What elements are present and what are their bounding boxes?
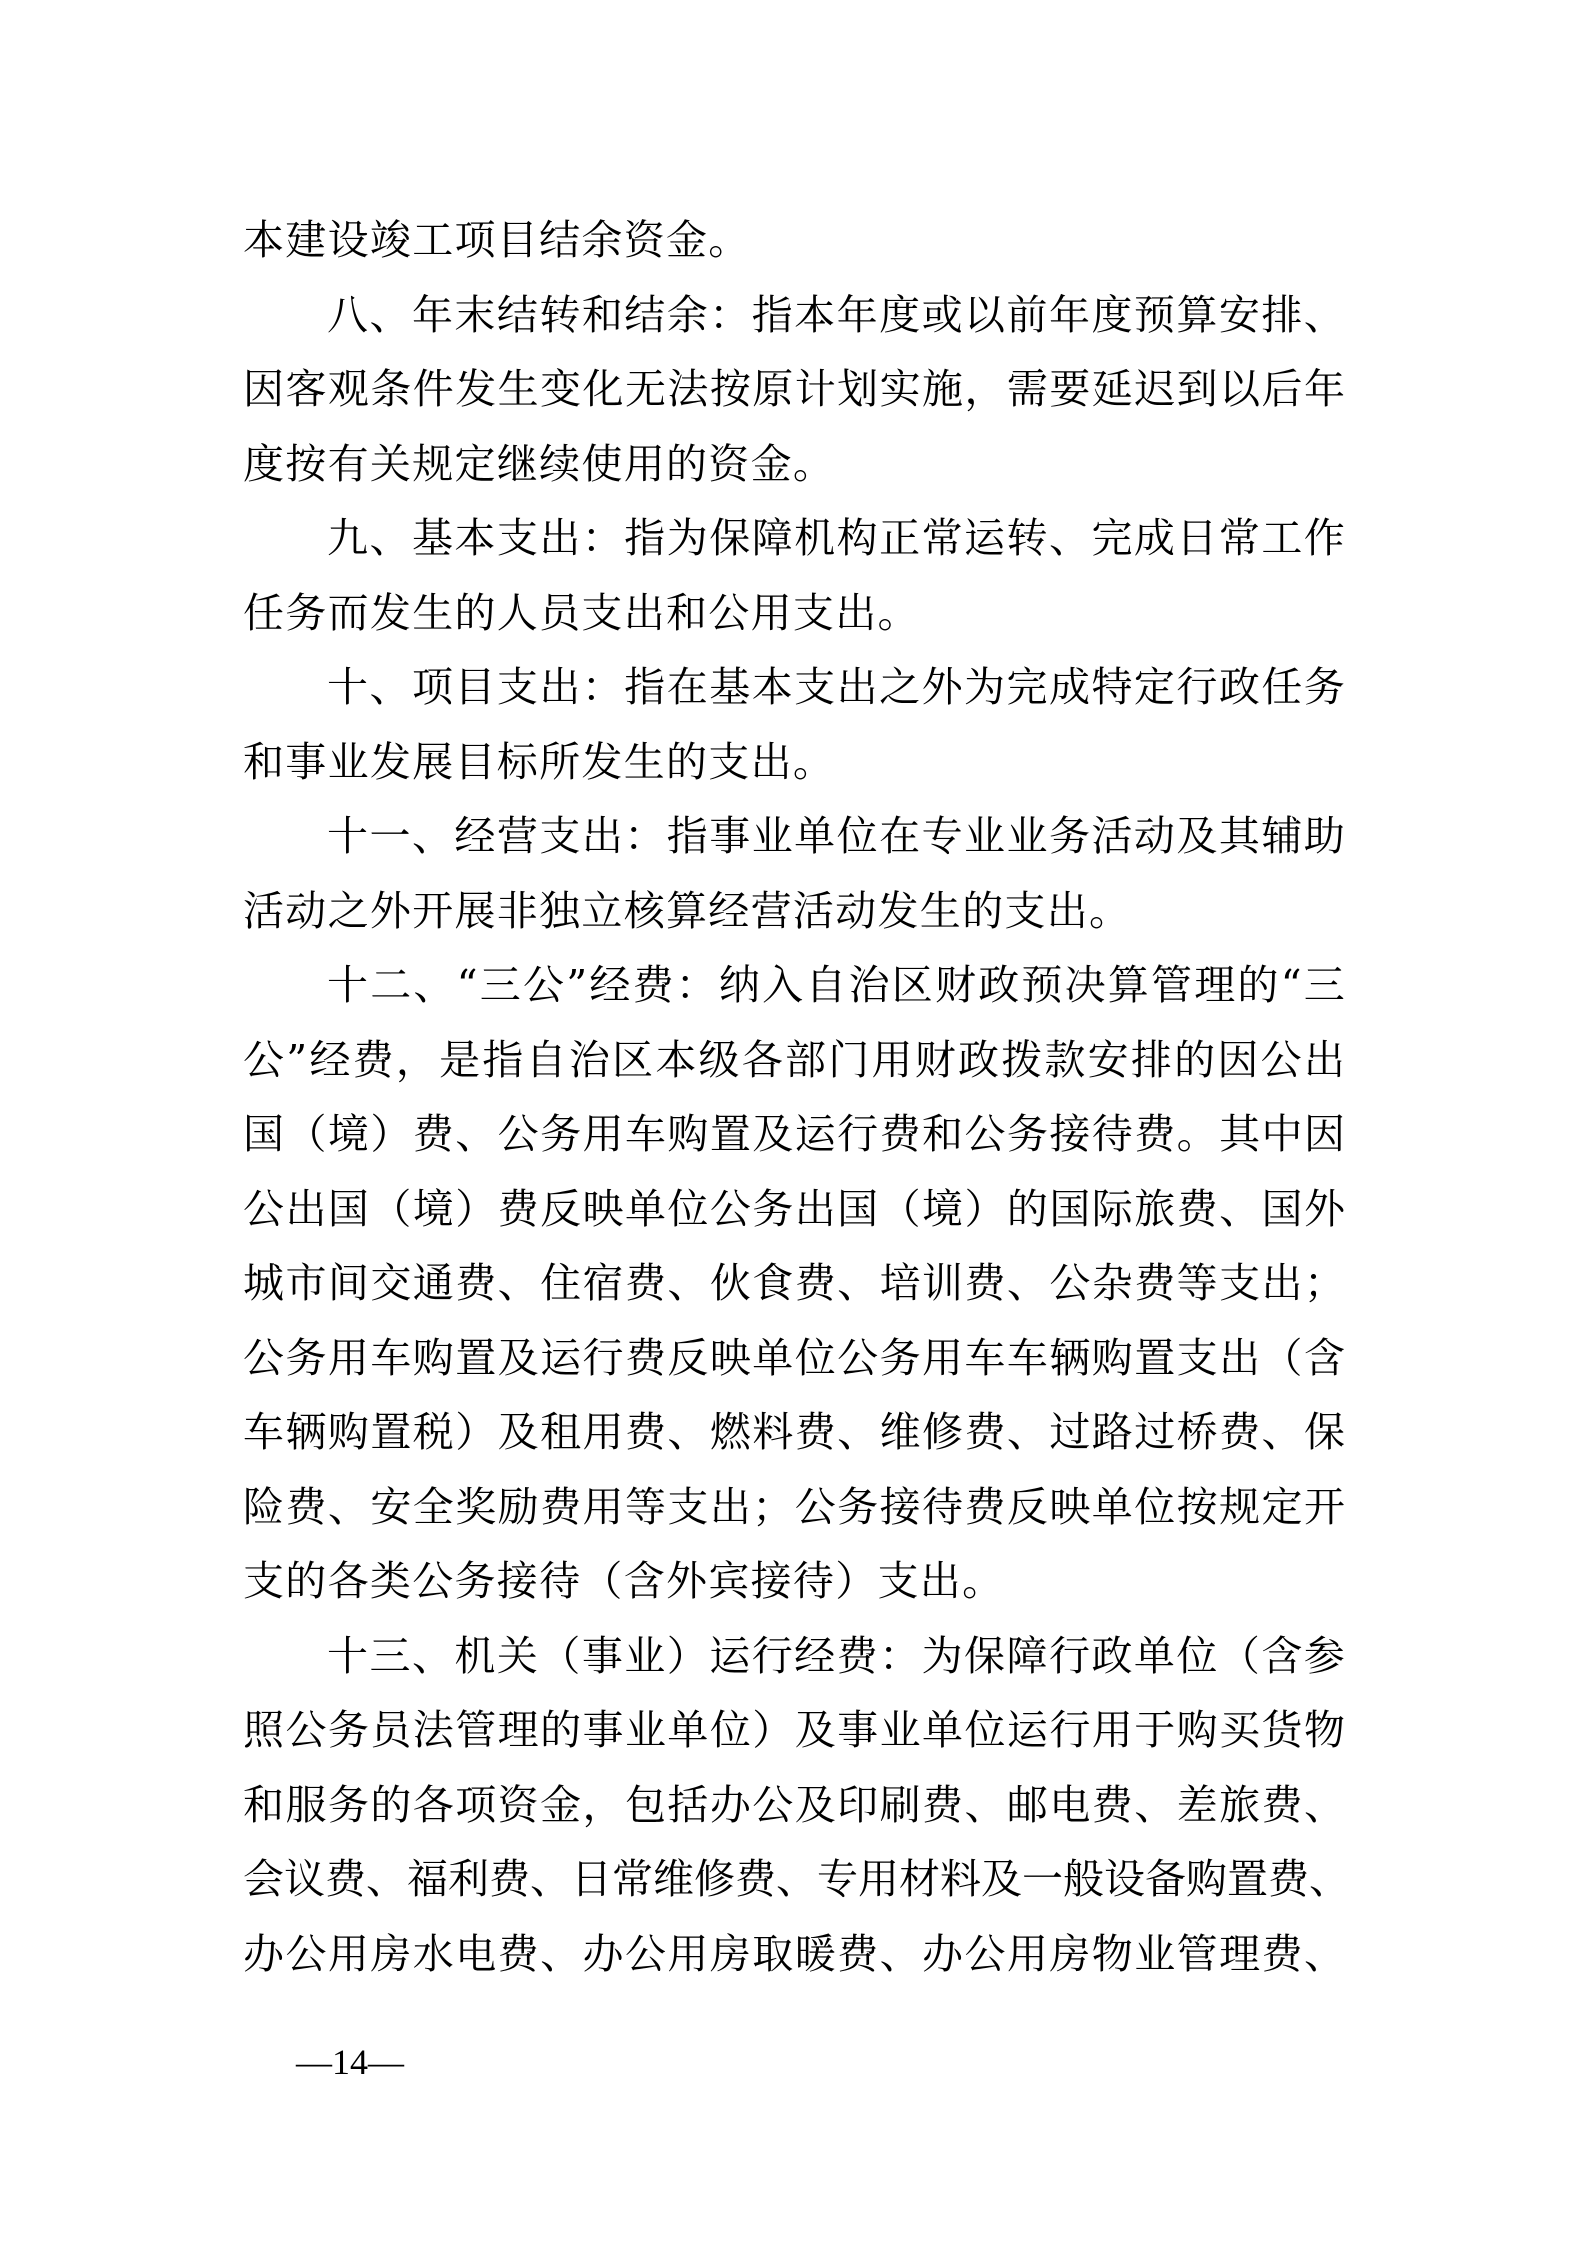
paragraph-heading-line: 十、项目支出：指在基本支出之外为完成特定行政任务	[243, 650, 1345, 725]
page-number: —14—	[296, 2040, 404, 2084]
paragraph-line: 公出国（境）费反映单位公务出国（境）的国际旅费、国外	[243, 1172, 1345, 1247]
paragraph-line: 公务用车购置及运行费反映单位公务用车车辆购置支出（含	[243, 1321, 1345, 1396]
paragraph-heading-line: 十三、机关（事业）运行经费：为保障行政单位（含参	[243, 1619, 1345, 1694]
paragraph-line: 支的各类公务接待（含外宾接待）支出。	[243, 1544, 1345, 1619]
paragraph-line: 会议费、福利费、日常维修费、专用材料及一般设备购置费、	[243, 1842, 1345, 1917]
paragraph-line: 因客观条件发生变化无法按原计划实施，需要延迟到以后年	[243, 352, 1345, 427]
paragraph-line: 公”经费，是指自治区本级各部门用财政拨款安排的因公出	[243, 1023, 1345, 1098]
paragraph-line: 和服务的各项资金，包括办公及印刷费、邮电费、差旅费、	[243, 1768, 1345, 1843]
paragraph-heading-line: 九、基本支出：指为保障机构正常运转、完成日常工作	[243, 501, 1345, 576]
paragraph-line: 国（境）费、公务用车购置及运行费和公务接待费。其中因	[243, 1097, 1345, 1172]
paragraph-line: 度按有关规定继续使用的资金。	[243, 427, 1345, 502]
paragraph-heading-line: 八、年末结转和结余：指本年度或以前年度预算安排、	[243, 278, 1345, 353]
paragraph-line: 本建设竣工项目结余资金。	[243, 203, 1345, 278]
paragraph-heading-line: 十二、“三公”经费：纳入自治区财政预决算管理的“三	[243, 948, 1345, 1023]
paragraph-line: 活动之外开展非独立核算经营活动发生的支出。	[243, 874, 1345, 949]
document-page: 本建设竣工项目结余资金。 八、年末结转和结余：指本年度或以前年度预算安排、 因客…	[0, 0, 1587, 2245]
paragraph-line: 城市间交通费、住宿费、伙食费、培训费、公杂费等支出；	[243, 1246, 1345, 1321]
paragraph-heading-line: 十一、经营支出：指事业单位在专业业务活动及其辅助	[243, 799, 1345, 874]
paragraph-line: 车辆购置税）及租用费、燃料费、维修费、过路过桥费、保	[243, 1395, 1345, 1470]
paragraph-line: 办公用房水电费、办公用房取暖费、办公用房物业管理费、	[243, 1917, 1345, 1992]
paragraph-line: 和事业发展目标所发生的支出。	[243, 725, 1345, 800]
paragraph-line: 照公务员法管理的事业单位）及事业单位运行用于购买货物	[243, 1693, 1345, 1768]
body-text: 本建设竣工项目结余资金。 八、年末结转和结余：指本年度或以前年度预算安排、 因客…	[243, 203, 1345, 1991]
paragraph-line: 任务而发生的人员支出和公用支出。	[243, 576, 1345, 651]
paragraph-line: 险费、安全奖励费用等支出；公务接待费反映单位按规定开	[243, 1470, 1345, 1545]
